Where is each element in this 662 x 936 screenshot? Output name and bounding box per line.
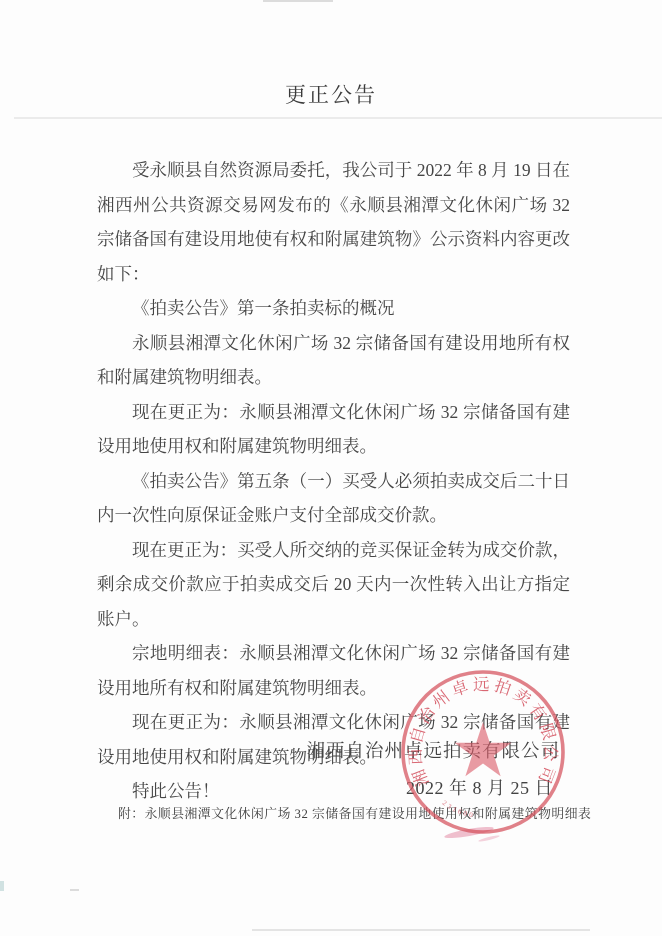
scan-artifact-edge-mark <box>0 881 4 891</box>
paragraph-parcel-list: 宗地明细表：永顺县湘潭文化休闲广场 32 宗储备国有建设用地所有权和附属建筑物明… <box>97 636 570 705</box>
attachment-note: 附：永顺县湘潭文化休闲广场 32 宗储备国有建设用地使用权和附属建筑物明细表 <box>118 803 591 822</box>
document-title: 更正公告 <box>0 79 662 109</box>
signature-date: 2022 年 8 月 25 日 <box>0 774 553 800</box>
scanned-document-page: 更正公告 受永顺县自然资源局委托，我公司于 2022 年 8 月 19 日在湘西… <box>0 0 662 936</box>
paragraph-auction-clause-5: 《拍卖公告》第五条（一）买受人必须拍卖成交后二十日内一次性向原保证金账户支付全部… <box>97 464 570 533</box>
scan-artifact-edge-mark <box>70 889 79 891</box>
scan-artifact-bottom-line <box>252 929 590 931</box>
scan-artifact-ink-smudge <box>444 825 494 841</box>
document-body: 受永顺县自然资源局委托，我公司于 2022 年 8 月 19 日在湘西州公共资源… <box>97 153 570 809</box>
scan-artifact-top-edge <box>263 0 333 2</box>
scan-artifact-ink-smudge <box>478 834 500 842</box>
scan-artifact-faint-line <box>14 117 662 119</box>
paragraph-correction-2: 现在更正为：买受人所交纳的竞买保证金转为成交价款，剩余成交价款应于拍卖成交后 2… <box>97 533 570 637</box>
signature-company-name: 湘西自治州卓远拍卖有限公司 <box>0 737 560 763</box>
paragraph-auction-clause-1: 《拍卖公告》第一条拍卖标的概况 <box>97 291 570 326</box>
paragraph-correction-1: 现在更正为：永顺县湘潭文化休闲广场 32 宗储备国有建设用地使用权和附属建筑物明… <box>97 395 570 464</box>
paragraph-intro: 受永顺县自然资源局委托，我公司于 2022 年 8 月 19 日在湘西州公共资源… <box>97 153 570 291</box>
paragraph-original-text-1: 永顺县湘潭文化休闲广场 32 宗储备国有建设用地所有权和附属建筑物明细表。 <box>97 326 570 395</box>
